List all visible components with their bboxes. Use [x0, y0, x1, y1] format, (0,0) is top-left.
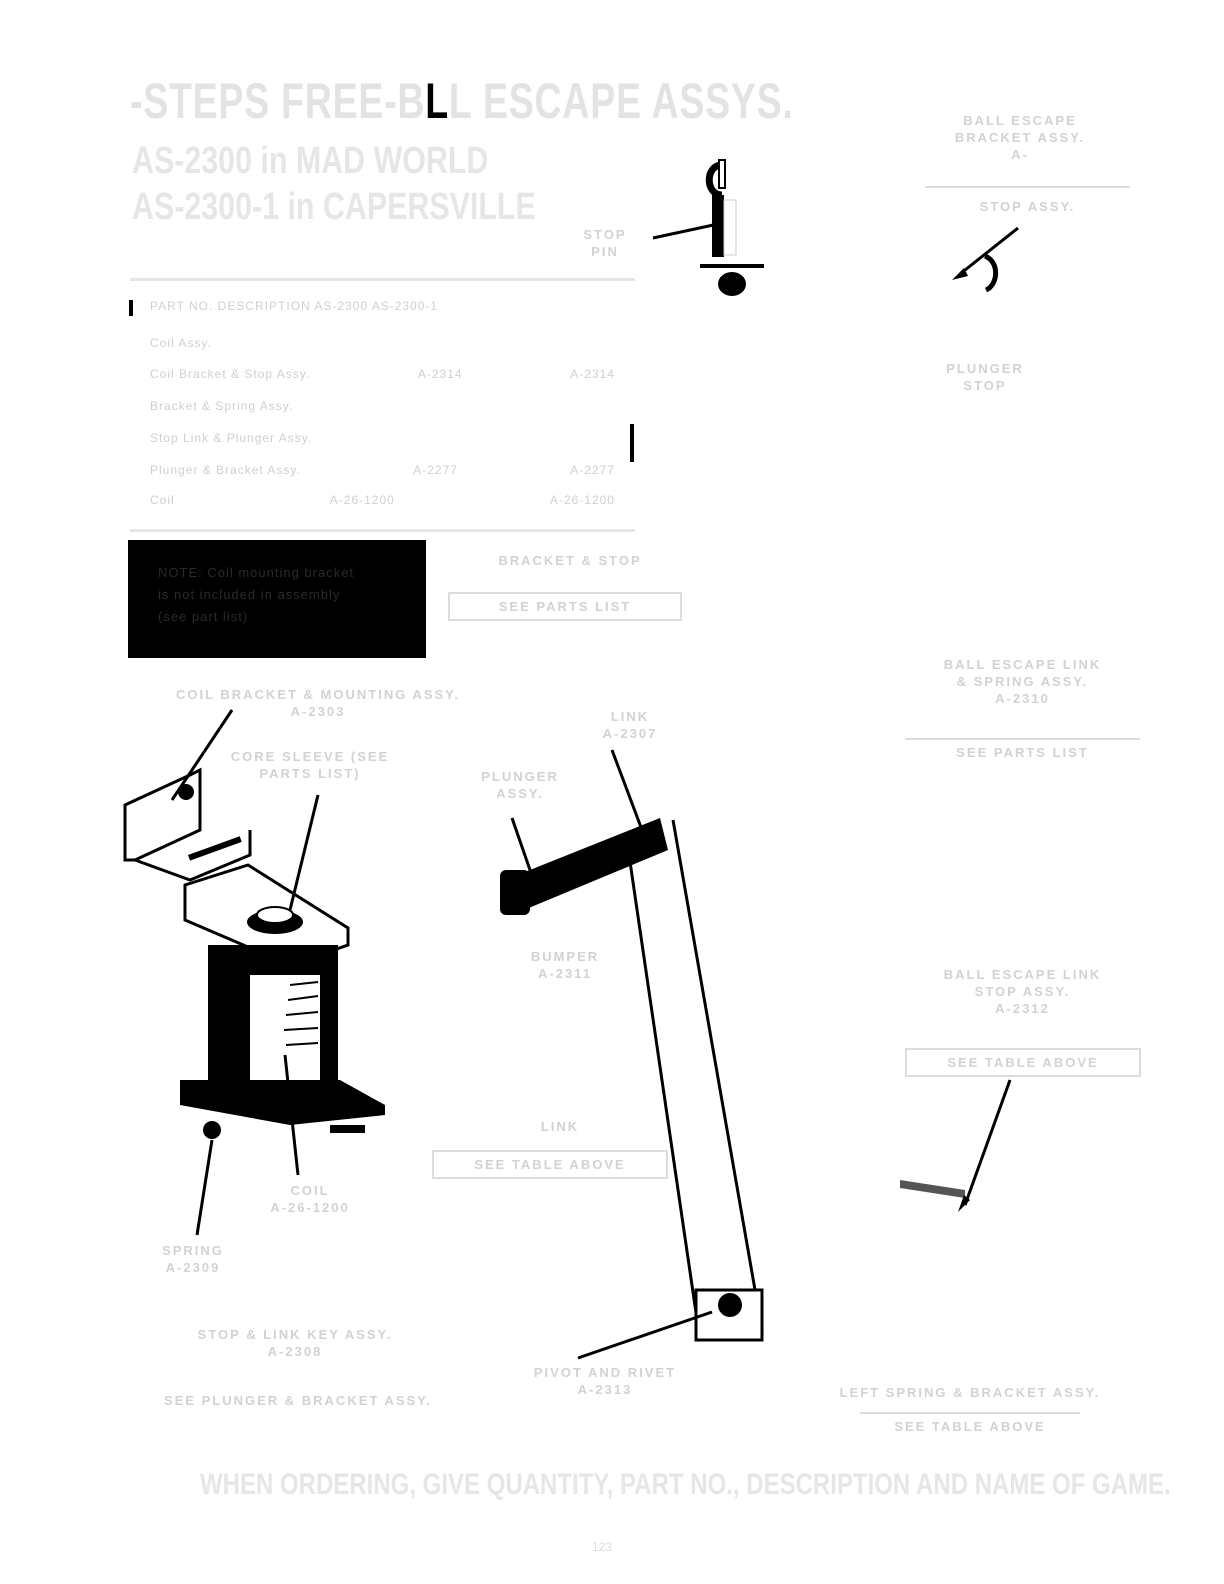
stop-pin-drawing	[653, 160, 764, 296]
parts-illustration	[0, 0, 1224, 1584]
page-number: 123	[592, 1540, 612, 1554]
plunger-link-drawing	[500, 750, 762, 1358]
coil-assembly-drawing	[125, 710, 385, 1235]
ordering-instructions: WHEN ORDERING, GIVE QUANTITY, PART NO., …	[200, 1468, 1171, 1502]
stop-bracket-drawing	[900, 1080, 1010, 1212]
spring-hook-drawing	[952, 228, 1018, 290]
